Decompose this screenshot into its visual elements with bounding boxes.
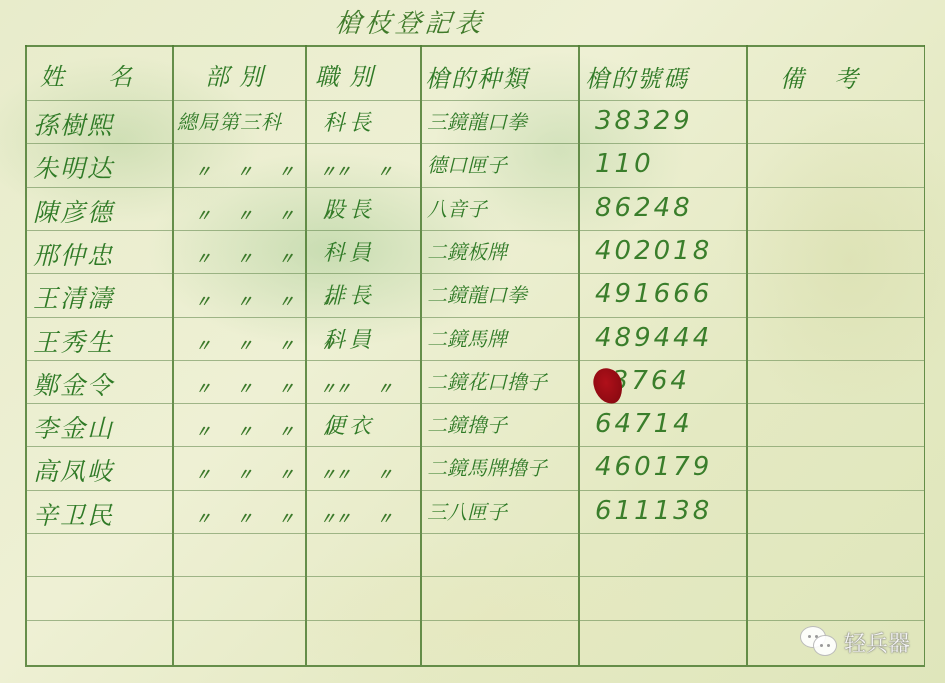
row-divider [25,665,925,667]
column-divider [746,45,748,665]
cell-name: 邢仲忠 [33,236,114,272]
cell-name: 孫樹熙 [33,106,114,142]
row-divider [25,403,925,404]
cell-name: 辛卫民 [33,496,114,532]
row-divider [25,230,925,231]
cell-position: 科員 [323,236,375,267]
column-divider [924,45,926,665]
cell-position: 〃 〃 [335,376,403,399]
cell-name: 朱明达 [33,149,114,185]
cell-name: 王秀生 [33,323,114,359]
cell-name: 王清濤 [33,279,114,315]
row-divider [25,100,925,101]
row-divider [25,576,925,577]
cell-gun-number: 402018 [595,236,712,266]
cell-gun-type: 二鏡龍口拳 [427,279,527,308]
column-divider [420,45,422,665]
row-divider [25,360,925,361]
cell-gun-type: 二鏡馬牌 [427,323,507,352]
row-divider [25,620,925,621]
watermark-text: 轻兵器 [844,627,910,658]
cell-position: 〃 〃 [335,159,403,182]
cell-department: 〃 〃 〃 〃 [195,462,346,485]
cell-position: 科員 [323,323,375,354]
cell-name: 高凤岐 [33,452,114,488]
row-divider [25,143,925,144]
column-header: 姓 名 [40,57,142,92]
column-header: 部別 [205,57,273,92]
cell-gun-number: 64714 [595,409,693,439]
cell-gun-type: 德口匣子 [427,149,507,178]
cell-department: 〃 〃 〃 [195,246,304,269]
column-header: 槍的种類 [425,59,529,94]
cell-position: 〃 〃 [335,506,403,529]
row-divider [25,273,925,274]
row-divider [25,45,925,47]
cell-name: 鄭金令 [33,366,114,402]
row-divider [25,317,925,318]
cell-department: 總局第三科 [177,106,282,135]
column-header: 備考 [780,59,888,94]
cell-name: 陳彦德 [33,193,114,229]
form-title: 槍枝登記表 [333,4,537,44]
cell-gun-number: 110 [595,149,654,179]
column-divider [578,45,580,665]
cell-gun-type: 二鏡板牌 [427,236,507,265]
cell-gun-type: 三鏡龍口拳 [427,106,527,135]
row-divider [25,490,925,491]
cell-gun-number: 86248 [595,193,693,223]
watermark: 轻兵器 [800,622,910,662]
row-divider [25,446,925,447]
cell-position: 股長 [323,193,375,224]
column-divider [25,45,27,665]
registration-table: 姓 名部別職別槍的种類槍的號碼備考孫樹熙總局第三科科長三鏡龍口拳38329朱明达… [25,45,925,665]
row-divider [25,533,925,534]
cell-gun-type: 二鏡擼子 [427,409,507,438]
cell-gun-type: 八音子 [427,193,487,222]
cell-gun-type: 二鏡馬牌擼子 [427,452,547,481]
column-divider [172,45,174,665]
cell-department: 〃 〃 〃 〃 [195,376,346,399]
cell-position: 便衣 [323,409,375,440]
cell-gun-number: 489444 [595,323,712,353]
cell-department: 〃 〃 〃 〃 [195,159,346,182]
cell-position: 排長 [323,279,375,310]
cell-gun-number: 38329 [595,106,693,136]
cell-position: 〃 〃 [335,462,403,485]
cell-gun-type: 二鏡花口擼子 [427,366,547,395]
cell-gun-type: 三八匣子 [427,496,507,525]
cell-gun-number: 460179 [595,452,712,482]
cell-gun-number: 491666 [595,279,712,309]
wechat-icon [800,626,838,658]
column-header: 槍的號碼 [585,59,689,94]
cell-position: 科長 [323,106,375,137]
cell-department: 〃 〃 〃 〃 [195,506,346,529]
column-header: 職別 [315,57,383,92]
cell-name: 李金山 [33,409,114,445]
cell-gun-number: 611138 [595,496,712,526]
row-divider [25,187,925,188]
